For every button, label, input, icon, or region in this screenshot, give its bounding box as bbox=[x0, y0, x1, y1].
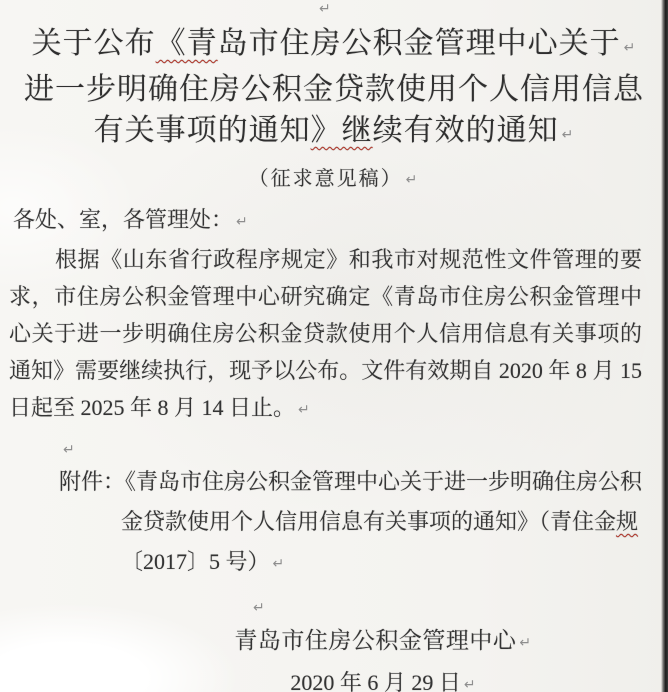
empty-paragraph: ↵ bbox=[0, 442, 668, 460]
issuing-organization: 青岛市住房公积金管理中心↵ bbox=[98, 622, 668, 655]
signature-block: 青岛市住房公积金管理中心↵ 2020 年 6 月 29 日↵ bbox=[0, 622, 668, 692]
paragraph-return-mark: ↵ bbox=[319, 1, 331, 17]
paragraph-return-mark: ↵ bbox=[519, 635, 531, 651]
paragraph-return-mark: ↵ bbox=[298, 402, 310, 418]
body-line-2: 求，市住房公积金管理中心研究确定《青岛市住房公积金管理中 bbox=[9, 278, 642, 315]
subtitle-text: （征求意见稿） bbox=[249, 168, 403, 190]
title-line-3: 有关事项的通知》继续有效的通知↵ bbox=[0, 110, 668, 156]
spellcheck-underlined-text: 》继 bbox=[311, 114, 373, 147]
title-text: 关于公布 bbox=[32, 27, 156, 60]
attachment-line-1: 附件：《青岛市住房公积金管理中心关于进一步明确住房公积 bbox=[0, 462, 668, 502]
title-line-2: 进一步明确住房公积金贷款使用个人信用信息 bbox=[0, 69, 668, 110]
paragraph-return-mark: ↵ bbox=[562, 127, 575, 143]
attachment-line-3: 〔2017〕5 号）↵ bbox=[0, 542, 668, 584]
paragraph-return-mark: ↵ bbox=[406, 172, 420, 188]
title-text: 有关事项的通知 bbox=[94, 114, 311, 147]
title-line-1: 关于公布《青岛市住房公积金管理中心关于↵ bbox=[0, 23, 668, 69]
body-paragraph: 根据《山东省行政程序规定》和我市对规范性文件管理的要 求，市住房公积金管理中心研… bbox=[0, 241, 668, 429]
empty-paragraph: ↵ bbox=[0, 600, 668, 618]
title-text: 续有效的通知 bbox=[373, 114, 559, 147]
body-line-3: 心关于进一步明确住房公积金贷款使用个人信用信息有关事项的 bbox=[9, 315, 642, 352]
draft-for-comment-note: （征求意见稿）↵ bbox=[0, 162, 668, 191]
page-right-edge-shadow bbox=[661, 0, 668, 692]
title-text: 岛市住房公积金管理中心关于 bbox=[218, 27, 621, 60]
paragraph-return-mark: ↵ bbox=[464, 677, 476, 692]
spellcheck-underlined-text: 《青 bbox=[156, 27, 218, 60]
organization-name: 青岛市住房公积金管理中心 bbox=[234, 628, 516, 653]
body-line-4: 通知》需要继续执行，现予以公布。文件有效期自 2020 年 8 月 15 bbox=[9, 352, 642, 389]
spellcheck-underlined-text: 规 bbox=[616, 509, 638, 534]
paragraph-return-mark: ↵ bbox=[63, 442, 75, 458]
attachment-line-2: 金贷款使用个人信用信息有关事项的通知》（青住金规 bbox=[0, 502, 668, 542]
paragraph-return-mark: ↵ bbox=[253, 600, 265, 616]
paragraph-return-mark: ↵ bbox=[624, 40, 637, 56]
salutation-text: 各处、室，各管理处： bbox=[13, 207, 233, 232]
document-title: 关于公布《青岛市住房公积金管理中心关于↵ 进一步明确住房公积金贷款使用个人信用信… bbox=[0, 23, 668, 156]
salutation-line: 各处、室，各管理处：↵ bbox=[0, 203, 668, 234]
attachment-doc-number: 〔2017〕5 号） bbox=[121, 549, 270, 574]
attachment-block: 附件：《青岛市住房公积金管理中心关于进一步明确住房公积 金贷款使用个人信用信息有… bbox=[0, 462, 668, 584]
date-text: 2020 年 6 月 29 日 bbox=[290, 670, 461, 692]
issue-date: 2020 年 6 月 29 日↵ bbox=[98, 666, 668, 692]
paragraph-return-mark: ↵ bbox=[273, 556, 285, 572]
attachment-text: 金贷款使用个人信用信息有关事项的通知》（青住金 bbox=[121, 509, 616, 534]
document-page: ↵ 关于公布《青岛市住房公积金管理中心关于↵ 进一步明确住房公积金贷款使用个人信… bbox=[0, 0, 668, 692]
body-line-1: 根据《山东省行政程序规定》和我市对规范性文件管理的要 bbox=[9, 241, 642, 278]
body-text: 日起至 2025 年 8 月 14 日止。 bbox=[9, 395, 295, 420]
paragraph-return-mark: ↵ bbox=[236, 214, 248, 230]
body-line-5: 日起至 2025 年 8 月 14 日止。↵ bbox=[9, 389, 642, 429]
